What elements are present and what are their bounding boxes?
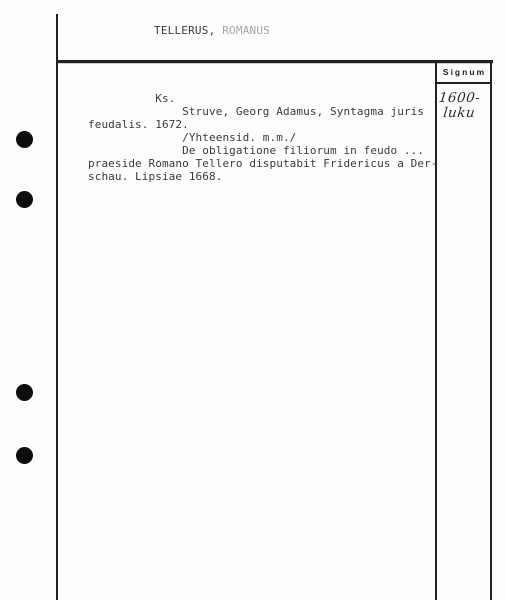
text-line: praeside Romano Tellero disputabit Fride… bbox=[88, 157, 448, 170]
catalog-entry-text: Ks. Struve, Georg Adamus, Syntagma juris… bbox=[88, 92, 448, 183]
text-line: Struve, Georg Adamus, Syntagma juris bbox=[88, 105, 448, 118]
card-heading: TELLERUS, ROMANUS bbox=[154, 24, 270, 37]
signum-box: Signum bbox=[435, 62, 492, 84]
text-line: Ks. bbox=[88, 92, 448, 105]
text-line: De obligatione filiorum in feudo ... bbox=[88, 144, 448, 157]
left-margin-rule bbox=[56, 14, 58, 600]
text-line: /Yhteensid. m.m./ bbox=[88, 131, 448, 144]
signum-column-right-rule bbox=[490, 60, 492, 600]
catalog-card: TELLERUS, ROMANUS Signum 1600-luku Ks. S… bbox=[0, 0, 506, 600]
hole-punch-dot bbox=[16, 384, 33, 401]
signum-label: Signum bbox=[441, 67, 486, 77]
text-line: feudalis. 1672. bbox=[88, 118, 448, 131]
top-horizontal-rule bbox=[57, 60, 493, 63]
hole-punch-dot bbox=[16, 131, 33, 148]
heading-name: TELLERUS, bbox=[154, 24, 215, 37]
heading-forename-faded: ROMANUS bbox=[215, 24, 270, 37]
hole-punch-dot bbox=[16, 447, 33, 464]
hole-punch-dot bbox=[16, 191, 33, 208]
text-line: schau. Lipsiae 1668. bbox=[88, 170, 448, 183]
